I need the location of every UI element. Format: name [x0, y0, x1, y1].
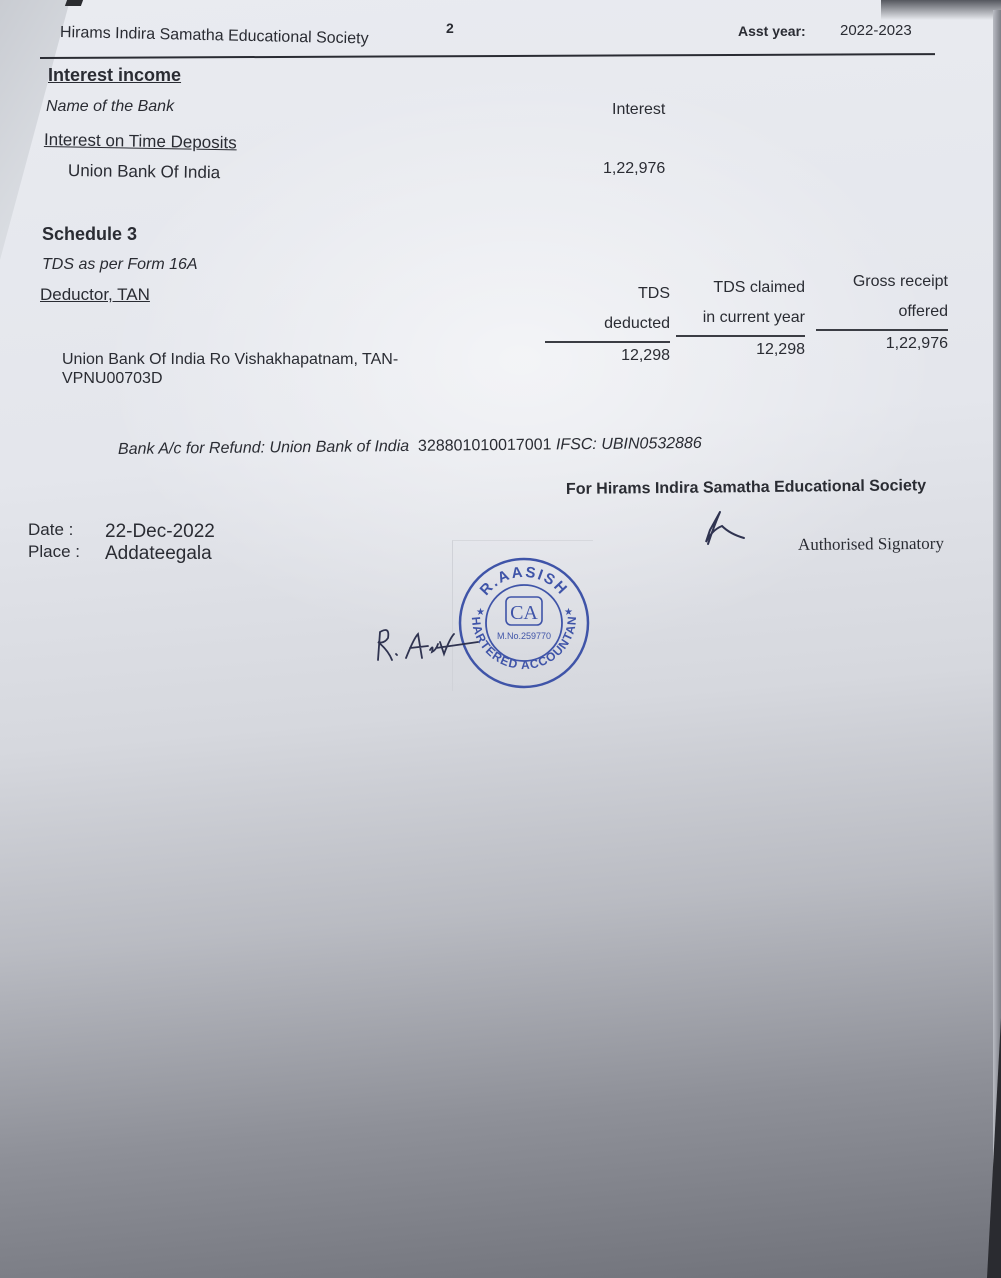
tds-claimed-value: 12,298	[676, 337, 805, 363]
tds-claimed-column: TDS claimed in current year 12,298	[676, 273, 805, 363]
svg-text:★: ★	[476, 607, 485, 618]
column-header-line1: TDS claimed	[676, 273, 805, 303]
svg-text:★: ★	[564, 607, 573, 618]
place-label: Place :	[28, 542, 80, 562]
interest-row-bank: Union Bank Of India	[68, 161, 220, 183]
column-header-line2: deducted	[545, 309, 670, 339]
deductor-name-tan: Union Bank Of India Ro Vishakhapatnam, T…	[62, 350, 482, 388]
interest-category: Interest on Time Deposits	[44, 130, 237, 153]
background-shadow	[881, 0, 1001, 20]
assessment-year-label: Asst year:	[738, 23, 806, 39]
page-number: 2	[446, 20, 454, 36]
assessment-year-value: 2022-2023	[840, 22, 912, 39]
date-label: Date :	[28, 520, 73, 540]
schedule3-title: Schedule 3	[42, 224, 137, 245]
tds-deducted-column: TDS deducted 12,298	[545, 279, 670, 369]
background-corner	[65, 0, 83, 6]
interest-row-amount: 1,22,976	[603, 160, 665, 178]
ca-signature-icon	[370, 620, 480, 666]
date-value: 22-Dec-2022	[105, 521, 215, 543]
name-of-bank-label: Name of the Bank	[46, 98, 174, 116]
authorised-signatory: Authorised Signatory	[798, 534, 944, 555]
refund-ifsc: IFSC: UBIN0532886	[556, 435, 702, 454]
place-value: Addateegala	[105, 543, 212, 565]
column-header-line2: in current year	[676, 303, 805, 333]
column-header-line2: offered	[816, 297, 948, 327]
refund-account-number: 328801010017001	[418, 436, 552, 454]
deductor-label: Deductor, TAN	[40, 285, 150, 305]
refund-label: Bank A/c for Refund: Union Bank of India	[118, 438, 409, 458]
interest-column-header: Interest	[612, 101, 665, 119]
column-header-line1: TDS	[545, 279, 670, 309]
gross-receipt-column: Gross receipt offered 1,22,976	[816, 267, 948, 357]
schedule3-subtitle: TDS as per Form 16A	[42, 256, 198, 274]
interest-income-title: Interest income	[48, 65, 181, 86]
tds-deducted-value: 12,298	[545, 343, 670, 369]
stamp-logo: CA	[510, 602, 538, 624]
stamp-membership: M.No.259770	[497, 631, 551, 641]
signature-mark-icon	[700, 508, 750, 550]
gross-receipt-value: 1,22,976	[816, 331, 948, 357]
for-organization: For Hirams Indira Samatha Educational So…	[566, 477, 926, 499]
column-header-line1: Gross receipt	[816, 267, 948, 297]
